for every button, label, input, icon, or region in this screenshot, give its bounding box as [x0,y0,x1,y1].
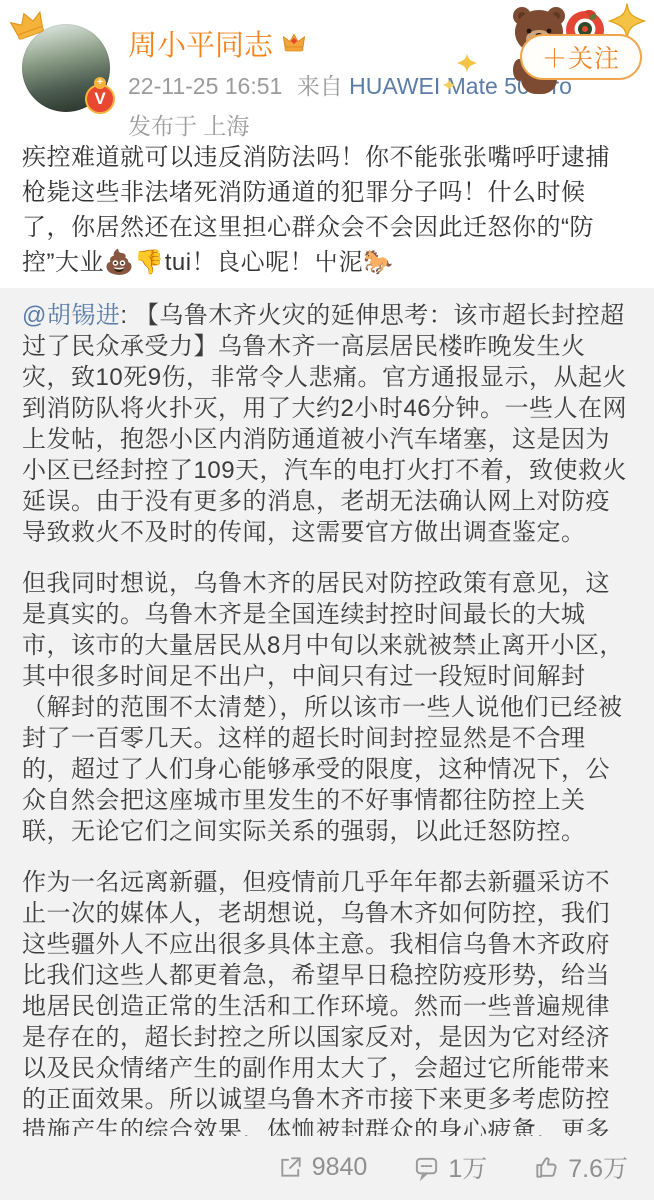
quoted-post[interactable]: @胡锡进: 【乌鲁木齐火灾的延伸思考：该市超长封控超过了民众承受力】乌鲁木齐一高… [0,288,654,1136]
avatar[interactable]: V + [22,24,110,112]
repost-icon [277,1154,304,1181]
verified-badge-icon: V + [85,84,115,114]
repost-button[interactable]: 9840 [277,1153,368,1182]
quoted-paragraph: 但我同时想说，乌鲁木齐的居民对防控政策有意见，这是真实的。乌鲁木齐是全国连续封控… [22,568,632,847]
weibo-post-page: V + 周小平同志 22-11-25 16:51 来自 HUAWEI Mate … [0,0,654,1200]
quoted-post-body: @胡锡进: 【乌鲁木齐火灾的延伸思考：该市超长封控超过了民众承受力】乌鲁木齐一高… [22,300,632,1136]
comment-count: 1万 [448,1149,487,1185]
timestamp: 22-11-25 16:51 [128,73,282,99]
like-count: 7.6万 [568,1149,628,1185]
post-text: 疾控难道就可以违反消防法吗！你不能张张嘴呼吁逮捕枪毙这些非法堵死消防通道的犯罪分… [0,128,654,280]
quoted-author-colon: : [120,302,134,329]
vip-crown-icon [281,32,307,54]
quoted-paragraph: 作为一名远离新疆，但疫情前几乎年年都去新疆采访不止一次的媒体人，老胡想说，乌鲁木… [22,867,632,1136]
location-text: 发布于 上海 [128,113,249,139]
quoted-author-link[interactable]: @胡锡进 [22,302,120,329]
like-icon [533,1154,560,1181]
verified-letter: V [94,89,105,109]
verified-plus-icon: + [94,77,106,89]
follow-button[interactable]: ＋关注 [520,34,642,80]
comment-icon [413,1154,440,1181]
quoted-paragraph: @胡锡进: 【乌鲁木齐火灾的延伸思考：该市超长封控超过了民众承受力】乌鲁木齐一高… [22,300,632,548]
like-button[interactable]: 7.6万 [533,1149,628,1185]
quoted-paragraph-text: 【乌鲁木齐火灾的延伸思考：该市超长封控超过了民众承受力】乌鲁木齐一高层居民楼昨晚… [22,302,627,546]
comment-button[interactable]: 1万 [413,1149,487,1185]
follow-button-label: ＋关注 [542,39,620,75]
post-header: V + 周小平同志 22-11-25 16:51 来自 HUAWEI Mate … [0,0,654,128]
action-bar: 9840 1万 7.6万 [0,1136,654,1200]
user-info: 周小平同志 22-11-25 16:51 来自 HUAWEI Mate 50 P… [128,24,572,128]
repost-count: 9840 [312,1153,368,1182]
username[interactable]: 周小平同志 [128,23,273,64]
source-prefix: 来自 [297,73,343,99]
